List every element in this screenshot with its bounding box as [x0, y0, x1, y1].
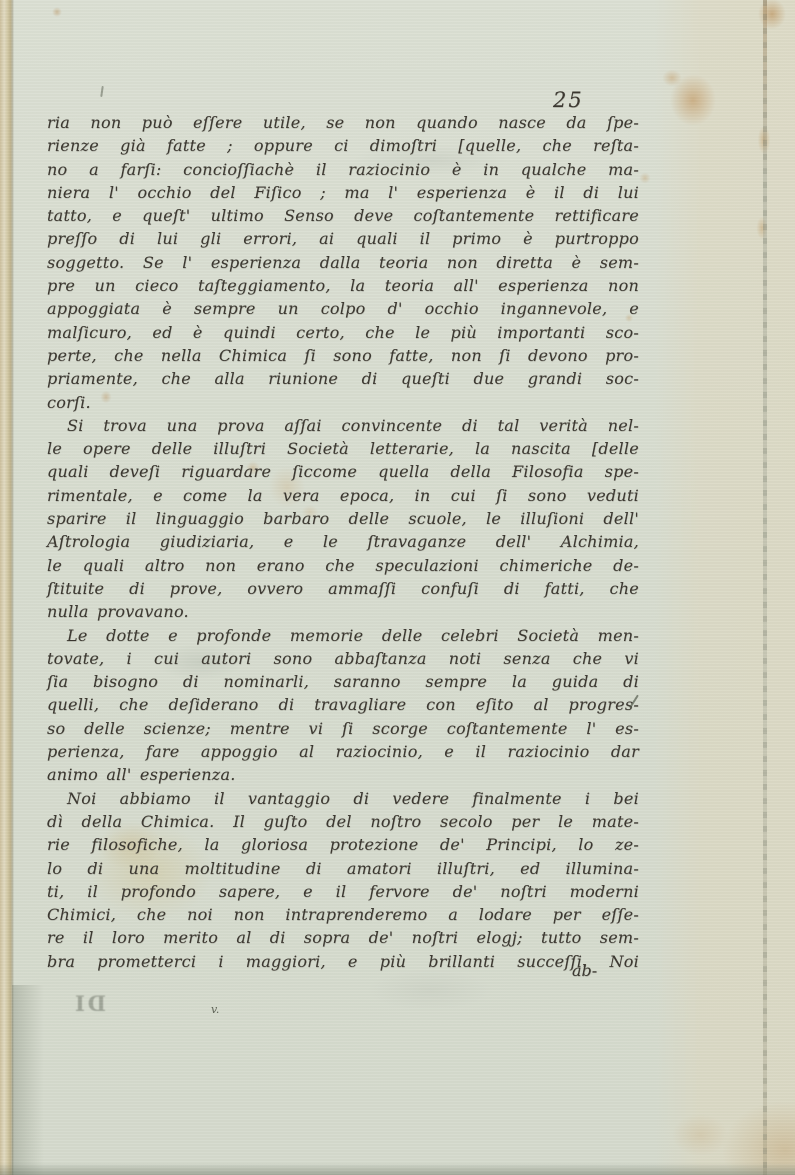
text-line: so delle scienze; mentre vi ſi scorge co…: [47, 717, 639, 740]
text-line: Chimici, che noi non intraprenderemo a l…: [47, 903, 639, 926]
text-line: tatto, e queſt' ultimo Senso deve coſtan…: [47, 204, 639, 227]
text-line: rimentale, e come la vera epoca, in cui …: [47, 484, 639, 507]
text-line: perienza, fare appoggio al raziocinio, e…: [47, 740, 639, 763]
text-block: ria non può eſſere utile, se non quando …: [47, 111, 639, 973]
paragraph: Si trova una prova aſſai convincente di …: [47, 414, 639, 624]
paragraph: ria non può eſſere utile, se non quando …: [47, 111, 639, 414]
paper-crease: [763, 0, 767, 1175]
book-page-scan: 25 ria non può eſſere utile, se non quan…: [0, 0, 795, 1175]
text-line: nulla provavano.: [47, 600, 639, 623]
text-line: le opere delle illuſtri Società letterar…: [47, 437, 639, 460]
paragraph: Le dotte e profonde memorie delle celebr…: [47, 624, 639, 787]
catchword: ab-: [572, 961, 597, 980]
fold-shadow: [12, 985, 44, 1175]
text-line: niera l' occhio del Fiſico ; ma l' esper…: [47, 181, 639, 204]
text-line: rie filosofiche, la gloriosa protezione …: [47, 833, 639, 856]
text-line: Si trova una prova aſſai convincente di …: [47, 414, 639, 437]
text-line: dì della Chimica. Il guſto del noſtro se…: [47, 810, 639, 833]
text-line: ſia bisogno di nominarli, saranno sempre…: [47, 670, 639, 693]
text-line: animo all' esperienza.: [47, 763, 639, 786]
page-number: 25: [553, 88, 584, 112]
text-line: ti, il profondo sapere, e il fervore de'…: [47, 880, 639, 903]
text-line: Aſtrologia giudiziaria, e le ſtravaganze…: [47, 530, 639, 553]
paragraph: Noi abbiamo il vantaggio di vedere final…: [47, 787, 639, 973]
pen-mark: v.: [211, 1003, 219, 1016]
text-line: ſtituite di prove, ovvero ammaſſi confuſ…: [47, 577, 639, 600]
text-line: ria non può eſſere utile, se non quando …: [47, 111, 639, 134]
text-line: soggetto. Se l' esperienza dalla teoria …: [47, 251, 639, 274]
text-line: corſi.: [47, 391, 639, 414]
text-line: sparire il linguaggio barbaro delle scuo…: [47, 507, 639, 530]
text-line: malſicuro, ed è quindi certo, che le più…: [47, 321, 639, 344]
text-line: Noi abbiamo il vantaggio di vedere final…: [47, 787, 639, 810]
text-line: pre un cieco taſteggiamento, la teoria a…: [47, 274, 639, 297]
text-line: preſſo di lui gli errori, ai quali il pr…: [47, 227, 639, 250]
page-bottom-edge: [0, 1163, 795, 1175]
text-line: appoggiata è sempre un colpo d' occhio i…: [47, 297, 639, 320]
text-line: quali deveſi riguardare ſiccome quella d…: [47, 460, 639, 483]
text-line: rienze già fatte ; oppure ci dimoſtri [q…: [47, 134, 639, 157]
text-line: quelli, che deſiderano di travagliare co…: [47, 693, 639, 716]
text-line: bra prometterci i maggiori, e più brilla…: [47, 950, 639, 973]
text-line: le quali altro non erano che speculazion…: [47, 554, 639, 577]
text-line: re il loro merito al di sopra de' noſtri…: [47, 926, 639, 949]
text-line: tovate, i cui autori sono abbaſtanza not…: [47, 647, 639, 670]
pen-tick-mark: [100, 86, 104, 97]
text-line: lo di una moltitudine di amatori illuſtr…: [47, 857, 639, 880]
text-line: Le dotte e profonde memorie delle celebr…: [47, 624, 639, 647]
show-through-text: DI: [72, 991, 106, 1016]
text-line: perte, che nella Chimica ſi sono fatte, …: [47, 344, 639, 367]
text-line: no a farſi: concioſſiachè il raziocinio …: [47, 158, 639, 181]
text-line: priamente, che alla riunione di queſti d…: [47, 367, 639, 390]
